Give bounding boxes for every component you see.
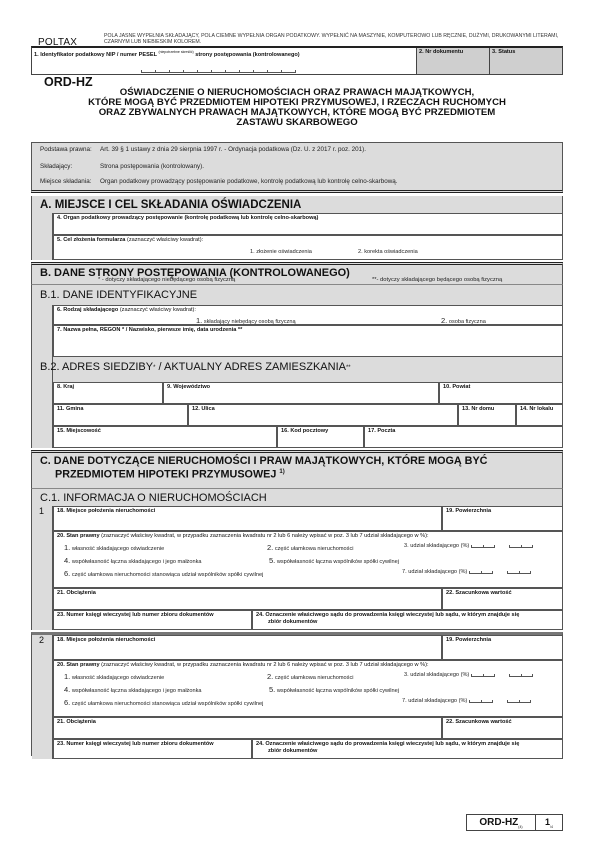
legal-status-field: 20. Stan prawny (zaznaczyć właściwy kwad… bbox=[53, 660, 563, 717]
document-number-field: 2. Nr dokumentu bbox=[417, 48, 490, 74]
country-field[interactable]: 8. Kraj bbox=[53, 382, 163, 404]
court-designation-field[interactable]: 24. Oznaczenie właściwego sądu do prowad… bbox=[252, 610, 563, 630]
nip-comb-boxes[interactable] bbox=[141, 70, 296, 73]
note-non-person: * - dotyczy składającego niebędącego oso… bbox=[98, 277, 235, 283]
property-entry: 2 18. Miejsce położenia nieruchomości 19… bbox=[31, 632, 563, 756]
section-c1-header: C.1. INFORMACJA O NIERUCHOMOŚCIACH bbox=[31, 488, 563, 506]
section-a: A. MIEJSCE I CEL SKŁADANIA OŚWIADCZENIA … bbox=[31, 196, 563, 260]
field-label: 1. Identyfikator podatkowy NIP / numer P… bbox=[34, 52, 157, 58]
option-submit[interactable]: 1. złożenie oświadczenia bbox=[250, 249, 312, 255]
page-footer: ORD-HZ(4) 1/4 bbox=[466, 814, 563, 831]
option-ownership[interactable]: 1. własność składającego oświadczenie bbox=[64, 672, 164, 681]
area-field[interactable]: 19. Powierzchnia bbox=[442, 506, 563, 531]
city-field[interactable]: 15. Miejscowość bbox=[53, 426, 277, 448]
entry-number: 2 bbox=[39, 635, 44, 645]
legal-status-field: 20. Stan prawny (zaznaczyć właściwy kwad… bbox=[53, 531, 563, 588]
option-ownership[interactable]: 1. własność składającego oświadczenie bbox=[64, 543, 164, 552]
section-a-title: A. MIEJSCE I CEL SKŁADANIA OŚWIADCZENIA bbox=[32, 196, 562, 211]
footer-form-code: ORD-HZ(4) bbox=[467, 815, 536, 830]
court-designation-field[interactable]: 24. Oznaczenie właściwego sądu do prowad… bbox=[252, 739, 563, 759]
submitter-type-field: 6. Rodzaj składającego (zaznaczyć właści… bbox=[53, 305, 563, 325]
legal-basis-row: Podstawa prawna:Art. 39 § 1 ustawy z dni… bbox=[40, 146, 366, 153]
encumbrances-field[interactable]: 21. Obciążenia bbox=[53, 588, 442, 610]
section-b2: 8. Kraj 9. Województwo 10. Powiat 11. Gm… bbox=[31, 382, 563, 448]
option-non-person[interactable]: 1. składający niebędący osobą fizyczną bbox=[196, 316, 296, 325]
form-code: ORD-HZ bbox=[44, 75, 93, 89]
name-regon-field[interactable]: 7. Nazwa pełna, REGON * / Nazwisko, pier… bbox=[53, 325, 563, 357]
option-correction[interactable]: 2. korekta oświadczenia bbox=[358, 249, 418, 255]
county-field[interactable]: 10. Powiat bbox=[439, 382, 563, 404]
entry-number: 1 bbox=[39, 506, 44, 516]
property-location-field[interactable]: 18. Miejsce położenia nieruchomości bbox=[53, 635, 442, 660]
purpose-field: 5. Cel złożenia formularza (zaznaczyć wł… bbox=[53, 235, 563, 260]
note-person: **- dotyczy składającego będącego osobą … bbox=[372, 277, 502, 283]
apartment-number-field[interactable]: 14. Nr lokalu bbox=[516, 404, 563, 426]
house-number-field[interactable]: 13. Nr domu bbox=[458, 404, 516, 426]
option-fractional-part[interactable]: 2. część ułamkowa nieruchomości bbox=[267, 672, 353, 681]
option-joint-spouse[interactable]: 4. współwłasność łączna składającego i j… bbox=[64, 556, 202, 565]
share-percent-7[interactable]: 7. udział składającego (%) bbox=[402, 569, 531, 575]
area-field[interactable]: 19. Powierzchnia bbox=[442, 635, 563, 660]
post-office-field[interactable]: 17. Poczta bbox=[364, 426, 563, 448]
status-field: 3. Status bbox=[490, 48, 562, 74]
field-label: 3. Status bbox=[490, 48, 562, 57]
info-box: Podstawa prawna:Art. 39 § 1 ustawy z dni… bbox=[31, 142, 563, 193]
option-fractional-partnership[interactable]: 6. część ułamkowa nieruchomości stanowią… bbox=[64, 569, 263, 578]
option-joint-spouse[interactable]: 4. współwłasność łączna składającego i j… bbox=[64, 685, 202, 694]
property-entry: 1 18. Miejsce położenia nieruchomości 19… bbox=[31, 506, 563, 630]
street-field[interactable]: 12. Ulica bbox=[188, 404, 458, 426]
option-fractional-partnership[interactable]: 6. część ułamkowa nieruchomości stanowią… bbox=[64, 698, 263, 707]
share-percent-7[interactable]: 7. udział składającego (%) bbox=[402, 698, 531, 704]
section-c-header: C. DANE DOTYCZĄCE NIERUCHOMOŚCI I PRAW M… bbox=[31, 450, 563, 488]
option-joint-partnership[interactable]: 5. współwłasność łączna wspólników spółk… bbox=[269, 556, 399, 565]
land-register-number-field[interactable]: 23. Numer księgi wieczystej lub numer zb… bbox=[53, 739, 252, 759]
page-number: 1/4 bbox=[536, 815, 562, 830]
property-location-field[interactable]: 18. Miejsce położenia nieruchomości bbox=[53, 506, 442, 531]
fill-instructions: POLA JASNE WYPEŁNIA SKŁADAJĄCY, POLA CIE… bbox=[104, 33, 574, 45]
field-label: 2. Nr dokumentu bbox=[417, 48, 489, 57]
postal-code-field[interactable]: 16. Kod pocztowy bbox=[277, 426, 364, 448]
tax-office-field[interactable]: 4. Organ podatkowy prowadzący postępowan… bbox=[53, 213, 563, 235]
nip-pesel-field[interactable]: 1. Identyfikator podatkowy NIP / numer P… bbox=[32, 48, 417, 74]
section-b-header: B. DANE STRONY POSTĘPOWANIA (KONTROLOWAN… bbox=[31, 262, 563, 284]
share-percent-3[interactable]: 3. udział składającego (%) bbox=[404, 543, 533, 549]
share-percent-3[interactable]: 3. udział składającego (%) bbox=[404, 672, 533, 678]
form-title: OŚWIADCZENIE O NIERUCHOMOŚCIACH ORAZ PRA… bbox=[31, 88, 563, 128]
estimated-value-field[interactable]: 22. Szacunkowa wartość bbox=[442, 717, 563, 739]
field-label-suffix: strony postępowania (kontrolowanego) bbox=[195, 52, 299, 58]
encumbrances-field[interactable]: 21. Obciążenia bbox=[53, 717, 442, 739]
commune-field[interactable]: 11. Gmina bbox=[53, 404, 188, 426]
submitter-row: Składający:Strona postępowania (kontrolo… bbox=[40, 163, 204, 170]
option-joint-partnership[interactable]: 5. współwłasność łączna wspólników spółk… bbox=[269, 685, 399, 694]
option-person[interactable]: 2. osoba fizyczna bbox=[441, 316, 486, 325]
estimated-value-field[interactable]: 22. Szacunkowa wartość bbox=[442, 588, 563, 610]
option-fractional-part[interactable]: 2. część ułamkowa nieruchomości bbox=[267, 543, 353, 552]
land-register-number-field[interactable]: 23. Numer księgi wieczystej lub numer zb… bbox=[53, 610, 252, 630]
voivodeship-field[interactable]: 9. Województwo bbox=[163, 382, 439, 404]
place-row: Miejsce składania:Organ podatkowy prowad… bbox=[40, 178, 398, 185]
field-note: (niepotrzebne skreślić) bbox=[158, 50, 193, 54]
section-b1: B.1. DANE IDENTYFIKACYJNE 6. Rodzaj skła… bbox=[31, 284, 563, 382]
section-c1-title: C.1. INFORMACJA O NIERUCHOMOŚCIACH bbox=[32, 489, 562, 504]
section-b2-title: B.2. ADRES SIEDZIBY* / AKTUALNY ADRES ZA… bbox=[32, 361, 351, 374]
header-fields: 1. Identyfikator podatkowy NIP / numer P… bbox=[31, 46, 563, 75]
section-c-title: C. DANE DOTYCZĄCE NIERUCHOMOŚCI I PRAW M… bbox=[32, 453, 562, 481]
section-b1-title: B.1. DANE IDENTYFIKACYJNE bbox=[32, 285, 562, 301]
